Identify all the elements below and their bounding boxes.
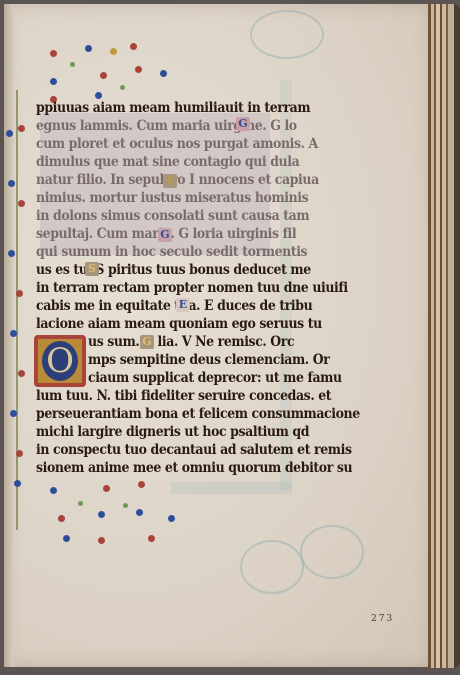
flower-icon — [18, 370, 25, 377]
flower-icon — [16, 450, 23, 457]
flower-icon — [103, 485, 110, 492]
ghost-frame-band-bottom — [170, 482, 292, 494]
flower-icon — [110, 48, 117, 55]
illuminated-initial: O — [34, 335, 86, 387]
flower-icon — [100, 72, 107, 79]
leaf-icon — [70, 62, 75, 67]
flower-icon — [85, 45, 92, 52]
leaf-icon — [78, 501, 83, 506]
left-floral-border — [6, 90, 32, 530]
book-page-edges — [428, 4, 460, 668]
flower-icon — [18, 125, 25, 132]
flower-icon — [130, 43, 137, 50]
flower-icon — [98, 511, 105, 518]
small-initial: I — [163, 174, 177, 188]
flower-icon — [148, 535, 155, 542]
flower-icon — [10, 410, 17, 417]
flower-icon — [50, 50, 57, 57]
flower-icon — [10, 330, 17, 337]
small-initial: S — [85, 262, 99, 276]
ghost-decoration — [300, 525, 364, 579]
small-initial: E — [176, 298, 190, 312]
flower-icon — [168, 515, 175, 522]
flower-icon — [63, 535, 70, 542]
initial-letter: O — [42, 341, 78, 381]
flower-icon — [58, 515, 65, 522]
flower-icon — [50, 487, 57, 494]
small-initial: G — [158, 228, 172, 242]
flower-icon — [98, 537, 105, 544]
flower-icon — [160, 70, 167, 77]
flower-icon — [8, 180, 15, 187]
text-line: sionem anime mee et omniu quorum debitor… — [36, 458, 352, 483]
folio-number: 273 — [371, 614, 394, 624]
leaf-icon — [120, 85, 125, 90]
flower-icon — [6, 130, 13, 137]
top-floral-border — [20, 40, 180, 102]
bottom-floral-border — [8, 475, 178, 545]
flower-icon — [135, 66, 142, 73]
leaf-icon — [123, 503, 128, 508]
ghost-decoration — [240, 540, 304, 594]
small-initial: G — [140, 335, 154, 349]
flower-icon — [18, 200, 25, 207]
flower-icon — [16, 290, 23, 297]
flower-icon — [50, 78, 57, 85]
flower-icon — [8, 250, 15, 257]
small-initial: G — [236, 117, 250, 131]
flower-icon — [136, 509, 143, 516]
ghost-decoration — [250, 10, 324, 59]
